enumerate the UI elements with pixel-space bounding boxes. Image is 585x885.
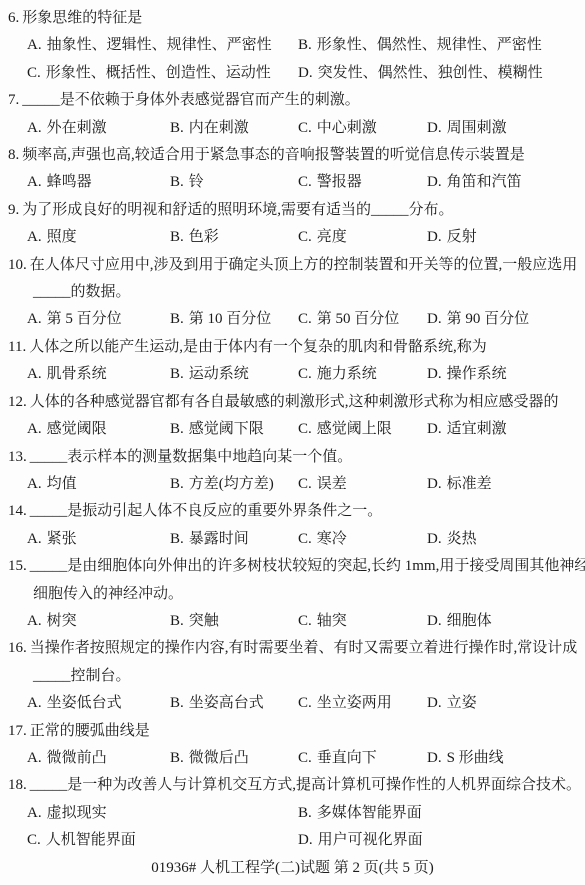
option-text: 感觉阈下限 xyxy=(189,421,264,437)
option-label: B. xyxy=(170,174,184,190)
option-text: 暴露时间 xyxy=(189,531,249,547)
option-c: C.警报器 xyxy=(298,169,427,196)
question-7: 7._____是不依赖于身体外表感觉器官而产生的刺激。A.外在刺激B.内在刺激C… xyxy=(8,87,581,142)
option-c: C.误差 xyxy=(298,471,427,498)
question-number: 10. xyxy=(8,257,27,273)
option-a: A.照度 xyxy=(27,224,170,251)
option-label: A. xyxy=(27,229,42,245)
option-d: D.角笛和汽笛 xyxy=(427,169,581,196)
option-d: D.细胞体 xyxy=(427,608,581,635)
option-label: C. xyxy=(298,311,312,327)
option-c: C.垂直向下 xyxy=(298,745,427,772)
option-text: 亮度 xyxy=(317,229,347,245)
option-text: 外在刺激 xyxy=(47,120,107,136)
option-text: 微微后凸 xyxy=(189,750,249,766)
option-label: C. xyxy=(298,531,312,547)
option-text: 微微前凸 xyxy=(47,750,107,766)
option-text: 施力系统 xyxy=(317,366,377,382)
question-stem-line: 9.为了形成良好的明视和舒适的照明环境,需要有适当的_____分布。 xyxy=(8,197,581,224)
option-label: B. xyxy=(170,531,184,547)
option-d: D.立姿 xyxy=(427,690,581,717)
question-9: 9.为了形成良好的明视和舒适的照明环境,需要有适当的_____分布。A.照度B.… xyxy=(8,197,581,252)
options-grid: A.均值B.方差(均方差)C.误差D.标准差 xyxy=(8,471,581,498)
option-label: B. xyxy=(170,750,184,766)
option-label: A. xyxy=(27,421,42,437)
option-a: A.外在刺激 xyxy=(27,115,170,142)
options-grid: A.抽象性、逻辑性、规律性、严密性B.形象性、偶然性、规律性、严密性C.形象性、… xyxy=(8,32,581,87)
option-a: A.蜂鸣器 xyxy=(27,169,170,196)
option-label: A. xyxy=(27,366,42,382)
option-text: 轴突 xyxy=(317,613,347,629)
options-grid: A.第 5 百分位B.第 10 百分位C.第 50 百分位D.第 90 百分位 xyxy=(8,306,581,333)
question-stem-continued: 细胞传入的神经冲动。 xyxy=(8,581,581,608)
option-text: 运动系统 xyxy=(189,366,249,382)
question-stem: 为了形成良好的明视和舒适的照明环境,需要有适当的_____分布。 xyxy=(22,202,453,218)
option-text: 树突 xyxy=(47,613,77,629)
option-text: 寒冷 xyxy=(317,531,347,547)
option-label: A. xyxy=(27,613,42,629)
option-label: A. xyxy=(27,37,42,53)
question-10: 10.在人体尺寸应用中,涉及到用于确定头顶上方的控制装置和开关等的位置,一般应选… xyxy=(8,252,581,334)
option-label: A. xyxy=(27,311,42,327)
question-11: 11.人体之所以能产生运动,是由于体内有一个复杂的肌肉和骨骼系统,称为A.肌骨系… xyxy=(8,334,581,389)
question-8: 8.频率高,声强也高,较适合用于紧急事态的音响报警装置的听觉信息传示装置是A.蜂… xyxy=(8,142,581,197)
option-text: 第 10 百分位 xyxy=(189,311,272,327)
option-a: A.第 5 百分位 xyxy=(27,306,170,333)
question-stem-line: 15._____是由细胞体向外伸出的许多树枝状较短的突起,长约 1mm,用于接受… xyxy=(8,553,581,580)
question-stem-line: 6.形象思维的特征是 xyxy=(8,5,581,32)
option-c: C.施力系统 xyxy=(298,361,427,388)
question-stem-line: 16.当操作者按照规定的操作内容,有时需要坐着、有时又需要立着进行操作时,常设计… xyxy=(8,635,581,662)
option-text: 角笛和汽笛 xyxy=(447,174,522,190)
question-stem: _____是振动引起人体不良反应的重要外界条件之一。 xyxy=(30,503,383,519)
option-d: D.用户可视化界面 xyxy=(298,827,581,854)
option-label: B. xyxy=(170,421,184,437)
option-text: 第 50 百分位 xyxy=(317,311,400,327)
option-d: D.第 90 百分位 xyxy=(427,306,581,333)
option-b: B.突触 xyxy=(170,608,298,635)
option-c: C.亮度 xyxy=(298,224,427,251)
question-14: 14._____是振动引起人体不良反应的重要外界条件之一。A.紧张B.暴露时间C… xyxy=(8,498,581,553)
question-number: 8. xyxy=(8,147,19,163)
question-stem-line: 12.人体的各种感觉器官都有各自最敏感的刺激形式,这种刺激形式称为相应感受器的 xyxy=(8,389,581,416)
option-b: B.色彩 xyxy=(170,224,298,251)
option-label: C. xyxy=(298,421,312,437)
option-text: 立姿 xyxy=(447,695,477,711)
option-text: 人机智能界面 xyxy=(46,832,136,848)
option-b: B.铃 xyxy=(170,169,298,196)
question-stem: 在人体尺寸应用中,涉及到用于确定头顶上方的控制装置和开关等的位置,一般应选用 xyxy=(30,257,578,273)
question-stem: _____是由细胞体向外伸出的许多树枝状较短的突起,长约 1mm,用于接受周围其… xyxy=(30,558,585,574)
option-label: A. xyxy=(27,695,42,711)
option-d: D.S 形曲线 xyxy=(427,745,581,772)
option-text: 色彩 xyxy=(189,229,219,245)
option-label: A. xyxy=(27,750,42,766)
question-12: 12.人体的各种感觉器官都有各自最敏感的刺激形式,这种刺激形式称为相应感受器的A… xyxy=(8,389,581,444)
option-label: C. xyxy=(298,613,312,629)
option-text: 形象性、偶然性、规律性、严密性 xyxy=(317,37,542,53)
option-d: D.突发性、偶然性、独创性、模糊性 xyxy=(298,60,581,87)
option-text: 误差 xyxy=(317,476,347,492)
option-a: A.肌骨系统 xyxy=(27,361,170,388)
exam-paper-page: 6.形象思维的特征是A.抽象性、逻辑性、规律性、严密性B.形象性、偶然性、规律性… xyxy=(0,0,585,885)
question-18: 18._____是一种为改善人与计算机交互方式,提高计算机可操作性的人机界面综合… xyxy=(8,772,581,854)
option-label: A. xyxy=(27,531,42,547)
option-b: B.方差(均方差) xyxy=(170,471,298,498)
option-c: C.第 50 百分位 xyxy=(298,306,427,333)
question-stem-line: 11.人体之所以能产生运动,是由于体内有一个复杂的肌肉和骨骼系统,称为 xyxy=(8,334,581,361)
option-text: 突发性、偶然性、独创性、模糊性 xyxy=(318,65,543,81)
option-d: D.标准差 xyxy=(427,471,581,498)
option-label: D. xyxy=(298,65,313,81)
option-label: C. xyxy=(298,695,312,711)
option-label: D. xyxy=(427,750,442,766)
option-text: 适宜刺激 xyxy=(447,421,507,437)
question-stem-line: 13._____表示样本的测量数据集中地趋向某一个值。 xyxy=(8,444,581,471)
options-grid: A.微微前凸B.微微后凸C.垂直向下D.S 形曲线 xyxy=(8,745,581,772)
option-c: C.感觉阈上限 xyxy=(298,416,427,443)
option-c: C.坐立姿两用 xyxy=(298,690,427,717)
option-b: B.坐姿高台式 xyxy=(170,690,298,717)
question-15: 15._____是由细胞体向外伸出的许多树枝状较短的突起,长约 1mm,用于接受… xyxy=(8,553,581,635)
option-text: 垂直向下 xyxy=(317,750,377,766)
option-a: A.均值 xyxy=(27,471,170,498)
question-stem: 频率高,声强也高,较适合用于紧急事态的音响报警装置的听觉信息传示装置是 xyxy=(22,147,525,163)
option-label: D. xyxy=(427,613,442,629)
option-b: B.内在刺激 xyxy=(170,115,298,142)
option-label: D. xyxy=(427,366,442,382)
option-label: C. xyxy=(298,750,312,766)
question-stem: 人体的各种感觉器官都有各自最敏感的刺激形式,这种刺激形式称为相应感受器的 xyxy=(30,394,559,410)
options-grid: A.树突B.突触C.轴突D.细胞体 xyxy=(8,608,581,635)
option-label: C. xyxy=(298,476,312,492)
option-a: A.坐姿低台式 xyxy=(27,690,170,717)
option-a: A.抽象性、逻辑性、规律性、严密性 xyxy=(27,32,298,59)
question-stem-line: 8.频率高,声强也高,较适合用于紧急事态的音响报警装置的听觉信息传示装置是 xyxy=(8,142,581,169)
option-label: D. xyxy=(427,421,442,437)
options-grid: A.坐姿低台式B.坐姿高台式C.坐立姿两用D.立姿 xyxy=(8,690,581,717)
question-stem: _____是不依赖于身体外表感觉器官而产生的刺激。 xyxy=(22,92,360,108)
option-text: 炎热 xyxy=(447,531,477,547)
option-label: D. xyxy=(298,832,313,848)
option-a: A.紧张 xyxy=(27,526,170,553)
option-text: 形象性、概括性、创造性、运动性 xyxy=(46,65,271,81)
option-text: 感觉阈限 xyxy=(47,421,107,437)
option-label: B. xyxy=(170,476,184,492)
option-d: D.操作系统 xyxy=(427,361,581,388)
question-number: 15. xyxy=(8,558,27,574)
option-c: C.轴突 xyxy=(298,608,427,635)
options-grid: A.紧张B.暴露时间C.寒冷D.炎热 xyxy=(8,526,581,553)
option-text: 坐姿高台式 xyxy=(189,695,264,711)
option-text: 照度 xyxy=(47,229,77,245)
option-b: B.微微后凸 xyxy=(170,745,298,772)
question-number: 18. xyxy=(8,777,27,793)
option-b: B.感觉阈下限 xyxy=(170,416,298,443)
question-stem: 正常的腰弧曲线是 xyxy=(30,723,150,739)
option-b: B.运动系统 xyxy=(170,361,298,388)
option-text: 均值 xyxy=(47,476,77,492)
question-stem-line: 14._____是振动引起人体不良反应的重要外界条件之一。 xyxy=(8,498,581,525)
option-c: C.形象性、概括性、创造性、运动性 xyxy=(27,60,298,87)
option-b: B.形象性、偶然性、规律性、严密性 xyxy=(298,32,581,59)
question-stem-line: 10.在人体尺寸应用中,涉及到用于确定头顶上方的控制装置和开关等的位置,一般应选… xyxy=(8,252,581,279)
question-number: 17. xyxy=(8,723,27,739)
option-label: D. xyxy=(427,695,442,711)
option-text: 第 5 百分位 xyxy=(47,311,122,327)
question-number: 14. xyxy=(8,503,27,519)
option-b: B.暴露时间 xyxy=(170,526,298,553)
option-text: 坐姿低台式 xyxy=(47,695,122,711)
option-text: 操作系统 xyxy=(447,366,507,382)
option-text: 标准差 xyxy=(447,476,492,492)
option-text: 多媒体智能界面 xyxy=(317,805,422,821)
option-text: 反射 xyxy=(447,229,477,245)
option-text: 坐立姿两用 xyxy=(317,695,392,711)
question-stem-continued: _____控制台。 xyxy=(8,663,581,690)
option-a: A.感觉阈限 xyxy=(27,416,170,443)
question-stem-continued: _____的数据。 xyxy=(8,279,581,306)
question-stem-line: 7._____是不依赖于身体外表感觉器官而产生的刺激。 xyxy=(8,87,581,114)
option-label: A. xyxy=(27,174,42,190)
option-c: C.寒冷 xyxy=(298,526,427,553)
options-grid: A.外在刺激B.内在刺激C.中心刺激D.周围刺激 xyxy=(8,115,581,142)
question-number: 16. xyxy=(8,640,27,656)
option-text: 周围刺激 xyxy=(447,120,507,136)
options-grid: A.蜂鸣器B.铃C.警报器D.角笛和汽笛 xyxy=(8,169,581,196)
question-13: 13._____表示样本的测量数据集中地趋向某一个值。A.均值B.方差(均方差)… xyxy=(8,444,581,499)
option-label: C. xyxy=(298,120,312,136)
question-number: 9. xyxy=(8,202,19,218)
option-label: D. xyxy=(427,120,442,136)
option-label: A. xyxy=(27,805,42,821)
option-label: D. xyxy=(427,311,442,327)
option-text: 方差(均方差) xyxy=(189,476,274,492)
question-number: 13. xyxy=(8,449,27,465)
option-text: 蜂鸣器 xyxy=(47,174,92,190)
option-d: D.适宜刺激 xyxy=(427,416,581,443)
option-text: 用户可视化界面 xyxy=(318,832,423,848)
question-stem-line: 18._____是一种为改善人与计算机交互方式,提高计算机可操作性的人机界面综合… xyxy=(8,772,581,799)
question-stem: 人体之所以能产生运动,是由于体内有一个复杂的肌肉和骨骼系统,称为 xyxy=(29,339,487,355)
option-label: B. xyxy=(298,37,312,53)
option-b: B.第 10 百分位 xyxy=(170,306,298,333)
option-label: A. xyxy=(27,476,42,492)
option-d: D.周围刺激 xyxy=(427,115,581,142)
option-label: C. xyxy=(27,832,41,848)
option-label: B. xyxy=(170,613,184,629)
page-footer: 01936# 人机工程学(二)试题 第 2 页(共 5 页) xyxy=(4,855,581,882)
question-stem: _____是一种为改善人与计算机交互方式,提高计算机可操作性的人机界面综合技术。 xyxy=(30,777,581,793)
question-number: 7. xyxy=(8,92,19,108)
option-c: C.中心刺激 xyxy=(298,115,427,142)
option-text: 虚拟现实 xyxy=(47,805,107,821)
option-text: 第 90 百分位 xyxy=(447,311,530,327)
option-label: B. xyxy=(170,120,184,136)
option-label: B. xyxy=(170,311,184,327)
question-number: 6. xyxy=(8,10,19,26)
option-label: C. xyxy=(298,366,312,382)
question-stem: 形象思维的特征是 xyxy=(22,10,142,26)
question-16: 16.当操作者按照规定的操作内容,有时需要坐着、有时又需要立着进行操作时,常设计… xyxy=(8,635,581,717)
option-label: C. xyxy=(298,174,312,190)
option-label: C. xyxy=(298,229,312,245)
option-a: A.微微前凸 xyxy=(27,745,170,772)
option-label: A. xyxy=(27,120,42,136)
option-label: D. xyxy=(427,229,442,245)
option-d: D.炎热 xyxy=(427,526,581,553)
option-text: 抽象性、逻辑性、规律性、严密性 xyxy=(47,37,272,53)
options-grid: A.照度B.色彩C.亮度D.反射 xyxy=(8,224,581,251)
options-grid: A.肌骨系统B.运动系统C.施力系统D.操作系统 xyxy=(8,361,581,388)
question-list: 6.形象思维的特征是A.抽象性、逻辑性、规律性、严密性B.形象性、偶然性、规律性… xyxy=(8,5,581,855)
option-d: D.反射 xyxy=(427,224,581,251)
option-text: 感觉阈上限 xyxy=(317,421,392,437)
option-label: B. xyxy=(170,695,184,711)
question-6: 6.形象思维的特征是A.抽象性、逻辑性、规律性、严密性B.形象性、偶然性、规律性… xyxy=(8,5,581,87)
question-stem-line: 17.正常的腰弧曲线是 xyxy=(8,718,581,745)
option-text: 铃 xyxy=(189,174,204,190)
option-b: B.多媒体智能界面 xyxy=(298,800,581,827)
option-text: 中心刺激 xyxy=(317,120,377,136)
options-grid: A.虚拟现实B.多媒体智能界面C.人机智能界面D.用户可视化界面 xyxy=(8,800,581,855)
question-number: 11. xyxy=(8,339,26,355)
option-label: D. xyxy=(427,531,442,547)
option-text: 紧张 xyxy=(47,531,77,547)
question-17: 17.正常的腰弧曲线是A.微微前凸B.微微后凸C.垂直向下D.S 形曲线 xyxy=(8,718,581,773)
question-number: 12. xyxy=(8,394,27,410)
options-grid: A.感觉阈限B.感觉阈下限C.感觉阈上限D.适宜刺激 xyxy=(8,416,581,443)
option-a: A.树突 xyxy=(27,608,170,635)
question-stem: _____表示样本的测量数据集中地趋向某一个值。 xyxy=(30,449,353,465)
option-text: 细胞体 xyxy=(447,613,492,629)
option-text: 肌骨系统 xyxy=(47,366,107,382)
option-text: 警报器 xyxy=(317,174,362,190)
question-stem: 当操作者按照规定的操作内容,有时需要坐着、有时又需要立着进行操作时,常设计成 xyxy=(30,640,578,656)
option-label: B. xyxy=(170,229,184,245)
option-text: 突触 xyxy=(189,613,219,629)
option-label: B. xyxy=(298,805,312,821)
option-label: D. xyxy=(427,476,442,492)
option-label: B. xyxy=(170,366,184,382)
option-a: A.虚拟现实 xyxy=(27,800,298,827)
option-c: C.人机智能界面 xyxy=(27,827,298,854)
option-text: 内在刺激 xyxy=(189,120,249,136)
option-label: D. xyxy=(427,174,442,190)
option-text: S 形曲线 xyxy=(447,750,504,766)
option-label: C. xyxy=(27,65,41,81)
